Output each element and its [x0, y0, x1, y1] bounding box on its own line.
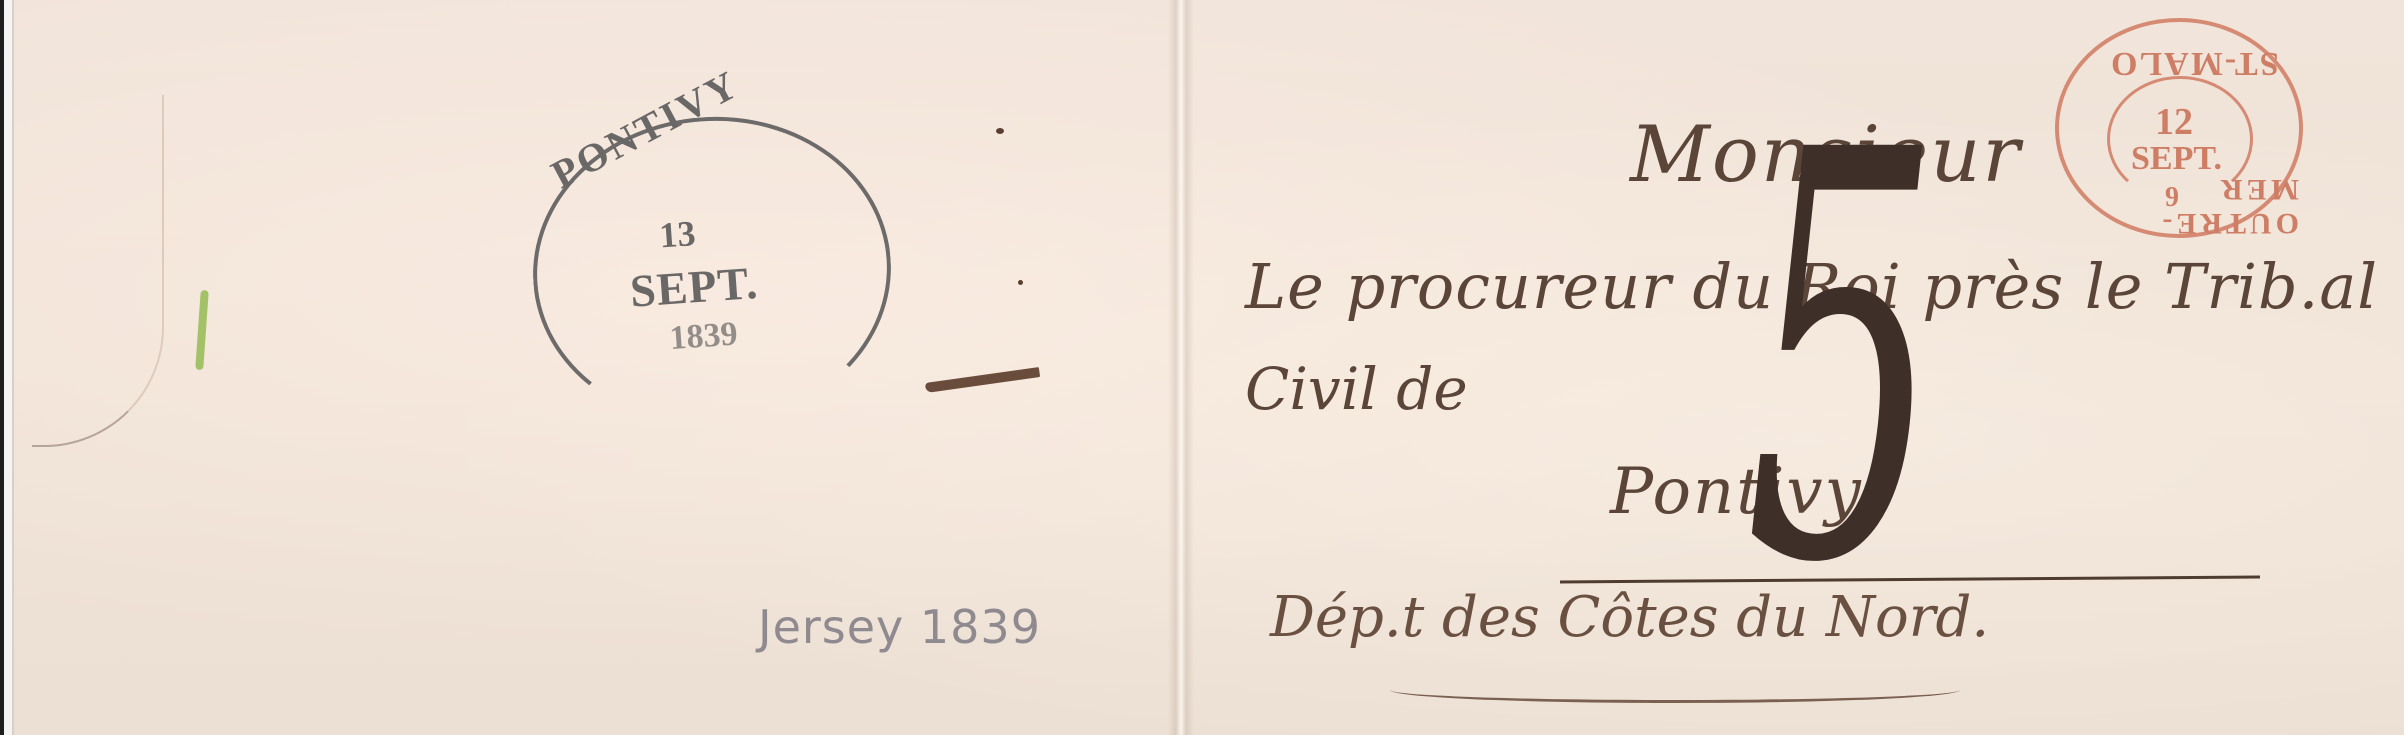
ink-spot	[1018, 280, 1023, 285]
st-malo-outre-mer-postmark: ST-MALO 12 SEPT. 9 OUTRE-MER	[2055, 18, 2303, 238]
postmark-day: 12	[2155, 100, 2193, 144]
center-fold	[1168, 0, 1194, 735]
green-stain	[195, 290, 209, 370]
ink-spot	[996, 128, 1004, 134]
manuscript-tax-mark: 5	[1745, 80, 1941, 640]
postmark-town: ST-MALO	[2109, 44, 2279, 82]
postmark-month: SEPT.	[628, 256, 760, 318]
paper-tear	[32, 95, 164, 447]
postmark-year: 1839	[668, 315, 738, 358]
postal-cover	[14, 0, 2404, 735]
pencil-annotation: Jersey 1839	[758, 600, 1041, 654]
address-court: Civil de	[1245, 355, 1468, 423]
postmark-day: 13	[658, 212, 697, 256]
scan-edge-strip	[0, 0, 14, 735]
postmark-outre-mer: OUTRE-MER	[2089, 172, 2299, 240]
